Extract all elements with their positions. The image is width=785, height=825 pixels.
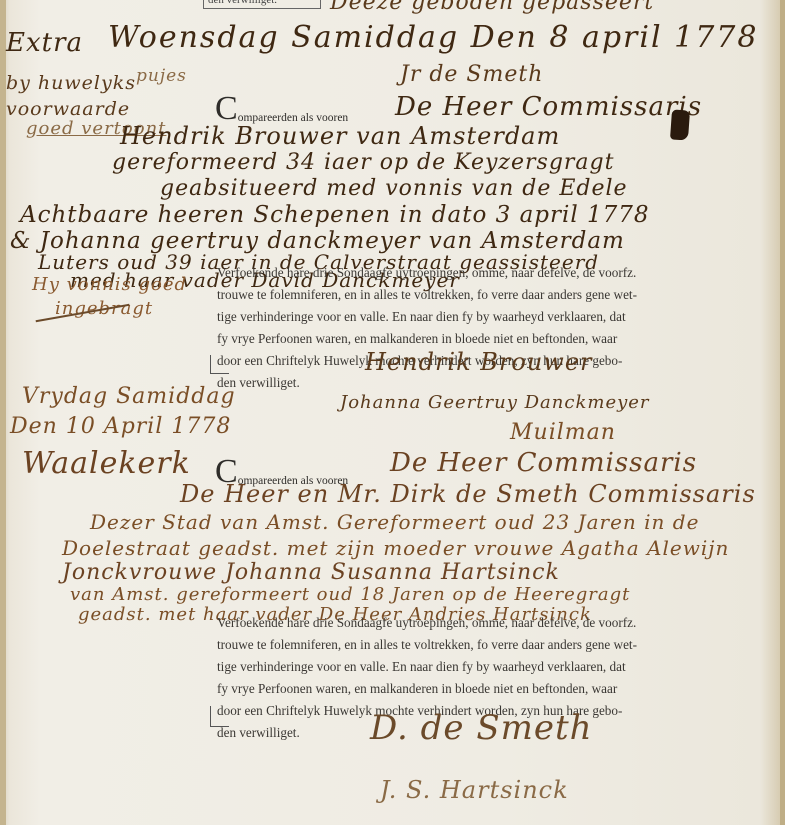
entry2-line-3: Doelestraat geadst. met zijn moeder vrou… — [62, 536, 729, 560]
printed-line: fy vrye Perfoonen waren, en malkanderen … — [217, 678, 717, 700]
margin-note-huwelyks: by huwelyks — [6, 72, 136, 94]
ink-blot — [670, 109, 690, 140]
entry1-commissaris-title: De Heer Commissaris — [395, 92, 702, 122]
bracket-mark — [210, 706, 229, 727]
printed-line: Verfoekende hare drie Sondaagfe uytroepi… — [217, 262, 717, 284]
previous-entry-handwritten: Deeze geboden gepasseert — [330, 0, 654, 15]
signature-groom-2: D. de Smeth — [370, 708, 593, 748]
entry1-line-3: geabsitueerd med vonnis van de Edele — [160, 176, 628, 201]
entry2-line-1: De Heer en Mr. Dirk de Smeth Commissaris — [180, 480, 756, 508]
entry1-header-date: Woensdag Samiddag Den 8 april 1778 — [108, 20, 758, 55]
entry2-line-2: Dezer Stad van Amst. Gereformeert oud 23… — [90, 510, 699, 534]
signature-bride-2: J. S. Hartsinck — [380, 776, 569, 804]
document-page: den verwilliget. Deeze geboden gepasseer… — [0, 0, 785, 825]
margin-note-extra: Extra — [6, 28, 83, 58]
printed-line: trouwe te folemniferen, en in alles te v… — [217, 284, 717, 306]
page-edge-right — [780, 0, 785, 825]
signature-groom-1: Hendrik Brouwer — [365, 348, 593, 376]
entry1-compareerden: Compareerden als vooren — [215, 92, 348, 126]
entry1-commissaris-name: Jr de Smeth — [400, 62, 543, 87]
printed-line: Verfoekende hare drie Sondaagfe uytroepi… — [217, 612, 717, 634]
entry2-margin-date: Den 10 April 1778 — [10, 414, 231, 439]
entry1-line-4: Achtbaare heeren Schepenen in dato 3 apr… — [20, 202, 650, 228]
printed-line: tige verhinderinge voor en valle. En naa… — [217, 306, 717, 328]
margin-note-hy-vonnis: Hy vonnis goed — [32, 274, 187, 295]
entry2-margin-date-day: Vrydag Samiddag — [22, 384, 236, 409]
entry2-margin-church: Waalekerk — [22, 446, 191, 481]
entry2-commissaris-name: Muilman — [510, 420, 616, 445]
printed-line: tige verhinderinge voor en valle. En naa… — [217, 656, 717, 678]
entry1-line-2: gereformeerd 34 iaer op de Keyzersgragt — [112, 150, 614, 175]
margin-note-pujes: pujes — [136, 66, 187, 86]
entry2-line-4: Jonckvrouwe Johanna Susanna Hartsinck — [62, 560, 560, 585]
margin-note-voorwaarde: voorwaarde — [6, 98, 130, 120]
entry1-line-1: Hendrik Brouwer van Amsterdam — [120, 122, 560, 150]
printed-line: trouwe te folemniferen, en in alles te v… — [217, 634, 717, 656]
previous-entry-fragment: den verwilliget. — [203, 0, 321, 9]
page-edge-left — [0, 0, 6, 825]
signature-bride-1: Johanna Geertruy Danckmeyer — [340, 392, 650, 413]
printed-line: fy vrye Perfoonen waren, en malkanderen … — [217, 328, 717, 350]
bracket-mark — [210, 355, 229, 374]
entry2-commissaris-title: De Heer Commissaris — [390, 448, 697, 478]
entry2-line-5: van Amst. gereformeert oud 18 Jaren op d… — [70, 584, 630, 605]
